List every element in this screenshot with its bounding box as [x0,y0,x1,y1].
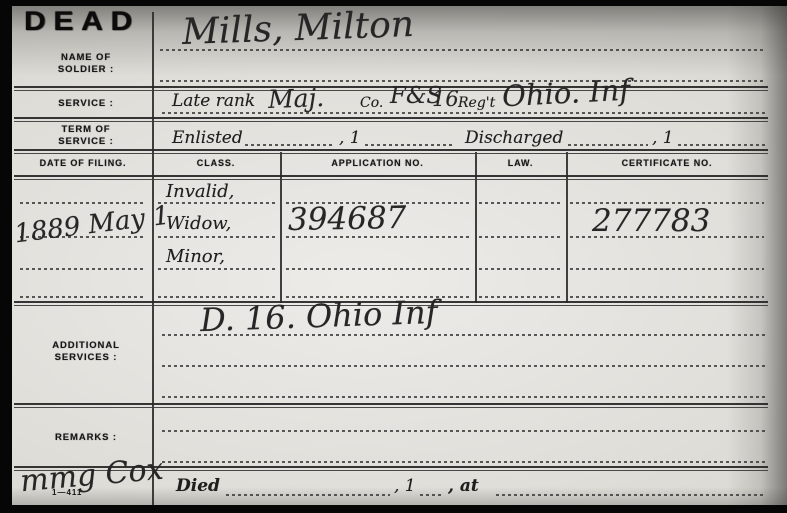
header-class: CLASS. [154,158,278,169]
died-at-print: , at [448,476,479,496]
remarks-dotted-line-1 [162,430,766,432]
dotted-line [158,268,276,270]
header-certificate-no: CERTIFICATE NO. [568,158,766,169]
certificate-no-handwritten: 277783 [592,203,710,239]
discharged-year-dotted-line [678,144,766,146]
pension-index-card-scan: DEAD NAME OF SOLDIER : Mills, Milton SER… [0,0,787,513]
soldier-name-handwritten: Mills, Milton [181,4,414,53]
additional-dotted-line-2 [162,365,766,367]
term-of-service-label: TERM OF SERVICE : [40,124,132,148]
name-of-soldier-label: NAME OF SOLDIER : [40,52,132,76]
dotted-line [479,296,562,298]
discharged-print: Discharged [465,128,563,148]
dead-stamp: DEAD [24,6,140,36]
late-rank-print: Late rank [172,91,255,111]
application-no-handwritten: 394687 [288,200,407,238]
class-invalid-print: Invalid, [166,181,234,202]
regt-print: Reg't [458,95,495,111]
enlisted-year-dotted-line [365,144,455,146]
regiment-number-handwritten: 16 [432,87,459,111]
dotted-line [479,268,562,270]
died-dotted-line-1 [226,494,390,496]
form-number: 1—411 [52,488,82,497]
discharged-year-print: , 1 [652,128,674,148]
enlisted-dotted-line [245,144,335,146]
dotted-line [479,236,562,238]
discharged-dotted-line [568,144,648,146]
co-print: Co. [360,95,383,111]
header-date-of-filing: DATE OF FILING. [14,158,152,169]
dotted-line [20,202,146,204]
died-dotted-line-2 [420,494,444,496]
name-dotted-line-2 [160,80,766,82]
died-print: Died [176,476,220,496]
dotted-line [158,202,276,204]
enlisted-print: Enlisted [172,128,243,148]
class-minor-print: Minor, [166,246,225,267]
header-application-no: APPLICATION NO. [282,158,473,169]
dotted-line [479,202,562,204]
header-law: LAW. [477,158,564,169]
rank-handwritten: Maj. [268,83,325,114]
dotted-line [570,268,764,270]
dotted-line [20,296,146,298]
died-year-print: , 1 [394,476,416,496]
dotted-line [570,296,764,298]
additional-services-label: ADDITIONAL SERVICES : [36,340,136,364]
service-dotted-line [162,112,766,114]
additional-dotted-line-3 [162,396,766,398]
remarks-dotted-line-2 [162,461,766,463]
rule-under-term [14,149,768,154]
rule-under-service [14,117,768,122]
dotted-line [158,236,276,238]
rule-under-additional [14,403,768,408]
service-label: SERVICE : [40,98,132,110]
died-dotted-line-3 [496,494,766,496]
dotted-line [20,268,146,270]
unit-handwritten: Ohio. Inf [501,73,631,114]
remarks-label: REMARKS : [40,432,132,444]
class-widow-print: Widow, [166,213,231,234]
dotted-line [158,296,276,298]
dotted-line [286,268,471,270]
enlisted-year-print: , 1 [339,128,361,148]
rule-under-table-header [14,175,768,180]
